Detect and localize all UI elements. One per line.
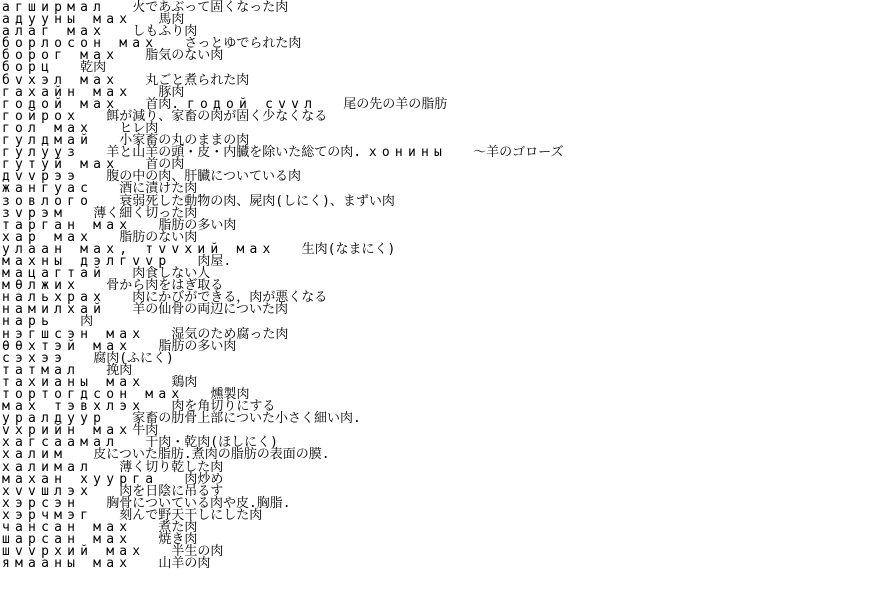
definition-text: 山羊の肉 (158, 556, 210, 571)
glossary-line: ямааны мах 山羊の肉 (2, 558, 880, 570)
glossary-document: агширмал 火であぶって固くなった肉адууны мах 馬肉алаг м… (0, 0, 880, 570)
definition-text: ～羊のゴローズ (473, 145, 563, 160)
glossary-line: сэхээ 腐肉(ふにく) (2, 353, 880, 365)
glossary-line: борог мах 脂気のない肉 (2, 50, 880, 62)
glossary-lines: агширмал 火であぶって固くなった肉адууны мах 馬肉алаг м… (2, 2, 880, 570)
definition-text: 脂気のない肉 (145, 48, 223, 63)
glossary-line: намилхай 羊の仙骨の両辺についた肉 (2, 304, 880, 316)
definition-text: 生肉(なまにく) (302, 242, 396, 257)
definition-text: 家畜の肋骨上部についた小さく細い肉. (132, 411, 361, 426)
term-text: ямааны мах (2, 556, 158, 571)
term-text: хонины (369, 145, 473, 160)
definition-text: 羊の仙骨の両辺についた肉 (132, 302, 288, 317)
definition-text: 尾の先の羊の脂肪 (343, 97, 447, 112)
